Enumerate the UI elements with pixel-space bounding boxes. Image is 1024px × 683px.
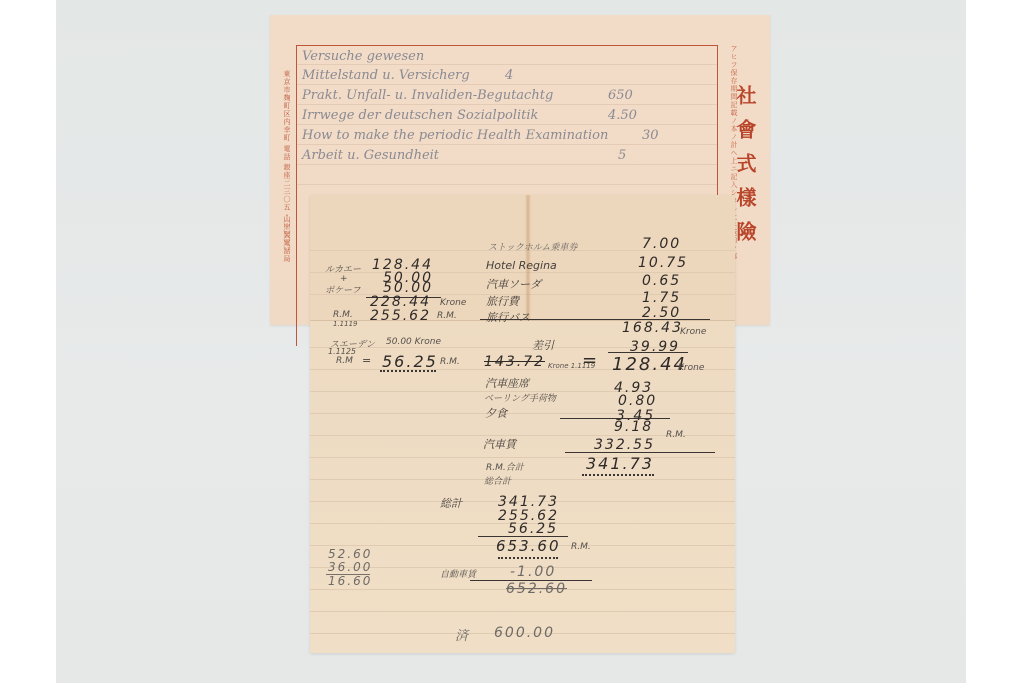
ledger-label: 総計	[440, 495, 462, 511]
ledger-label: 自動車賃	[440, 567, 476, 580]
ledger-value: 255.62	[370, 308, 431, 324]
book-entry-value: 650	[608, 88, 633, 103]
expense-label: 旅行バス	[486, 309, 530, 325]
ledger-label: 差引	[532, 337, 554, 353]
expense-value: 0.80	[618, 393, 657, 409]
expense-value: 1.75	[642, 290, 681, 306]
ledger-label: 1.1119	[333, 320, 358, 328]
ledger-unit: Krone	[440, 298, 466, 308]
expense-label: ストックホルム乗車券	[488, 240, 577, 253]
book-entry-value: 30	[642, 128, 659, 143]
ledger-value: -1.00	[510, 564, 556, 580]
ledger-label: =	[582, 350, 599, 371]
expense-label: 汽車座席	[485, 375, 529, 391]
expense-label: Hotel Regina	[486, 259, 557, 272]
expense-value: 10.75	[638, 255, 688, 271]
ledger-unit: Krone	[680, 327, 706, 337]
ledger-label: ポケーフ	[325, 283, 361, 296]
ledger-unit: R.M.	[440, 357, 460, 367]
ledger-sum: 9.18	[614, 419, 653, 435]
ledger-value: 332.55	[594, 437, 655, 453]
ledger-label: 1.1125	[328, 347, 356, 356]
ledger-label: R.M.	[333, 310, 353, 320]
struck-value: 652.60	[506, 581, 567, 597]
expense-label: 夕食	[485, 405, 507, 421]
ledger-label: R.M.合計	[486, 460, 524, 473]
expense-label: 旅行費	[486, 293, 519, 309]
ledger-unit: R.M.	[437, 311, 457, 321]
ledger-label: R.M	[336, 356, 353, 366]
ledger-label: =	[362, 354, 371, 367]
ledger-value: 600.00	[494, 625, 555, 641]
expense-total: 168.43	[622, 320, 683, 336]
book-entry-value: 5	[618, 148, 626, 163]
ledger-unit: Krone	[678, 363, 704, 373]
ledger-result: 128.44	[612, 354, 687, 375]
form-side-text-left-2: 山中製電話局	[278, 215, 292, 315]
ledger-label: 50.00 Krone	[386, 337, 441, 347]
ledger-label: 汽車賃	[483, 436, 516, 452]
expense-value: 7.00	[642, 236, 681, 252]
book-entry: How to make the periodic Health Examinat…	[302, 128, 608, 143]
expense-label: ベーリング手荷物	[484, 391, 556, 404]
form-title: 社會式樣險	[738, 85, 762, 255]
book-entry: Mittelstand u. Versicherg	[302, 68, 470, 83]
ledger-unit: R.M.	[666, 430, 686, 440]
book-entry-value: 4.50	[608, 108, 637, 123]
ledger-label: 済	[455, 625, 468, 644]
ledger-value: 56.25	[508, 521, 558, 537]
book-entry: Irrwege der deutschen Sozialpolitik	[302, 108, 538, 123]
book-entry: Prakt. Unfall- u. Invaliden-Begutachtg	[302, 88, 553, 103]
expense-value: 0.65	[642, 273, 681, 289]
expense-label: 汽車ソーダ	[486, 276, 541, 292]
ledger-unit: R.M.	[571, 542, 591, 552]
ledger-label: 総合計	[484, 474, 511, 487]
book-entry: Versuche gewesen	[302, 49, 424, 64]
ledger-value: 52.60	[328, 547, 372, 561]
struck-value: 143.72	[484, 354, 545, 370]
book-entry: Arbeit u. Gesundheit	[302, 148, 439, 163]
ledger-value: 36.00	[328, 560, 372, 574]
ledger-value: 16.60	[328, 574, 372, 588]
book-entry-value: 4	[505, 68, 513, 83]
